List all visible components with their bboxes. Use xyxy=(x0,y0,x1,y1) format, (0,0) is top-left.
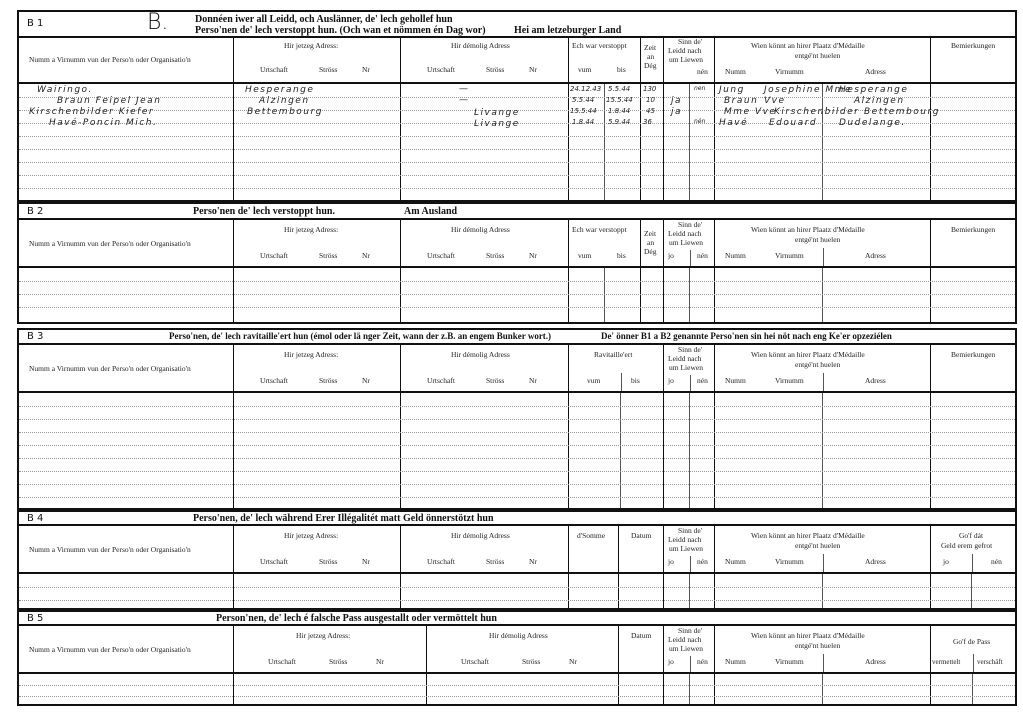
supplied-header: Ravitaille'ert xyxy=(594,351,632,360)
entry-alive-no: nen xyxy=(694,85,705,92)
entry-medal-address: Alzingen xyxy=(854,96,905,106)
current-address-header: Hir jetzeg Adress: xyxy=(284,226,338,235)
locality-header: Urtschaft xyxy=(260,558,288,567)
medal-header: entgé'nt huelen xyxy=(795,642,840,651)
entry-current-locality: Hesperange xyxy=(245,85,314,95)
section-title: Perso'nen, de' lech während Erer Illégal… xyxy=(193,513,494,524)
locality-header: Urtschaft xyxy=(260,66,288,75)
entry-alive-yes: ja xyxy=(671,96,682,106)
section-id: B 4 xyxy=(27,513,43,524)
former-address-header: Hir démolig Adress xyxy=(451,351,510,360)
section-b4: B 4 Perso'nen, de' lech während Erer Ill… xyxy=(17,510,1017,610)
no-header: nén xyxy=(697,68,708,77)
remarks-header: Bemierkungen xyxy=(951,42,995,51)
from-header: vum xyxy=(587,377,600,386)
alive-header: um Liewen xyxy=(669,56,703,65)
number-header: Nr xyxy=(529,66,537,75)
section-b3: B 3 Perso'nen, de' lech ravitaille'ert h… xyxy=(17,328,1017,510)
entry-medal-firstname: Edouard xyxy=(769,118,817,128)
medal-header: entgé'nt huelen xyxy=(795,236,840,245)
medal-header: Wien könnt an hirer Plaatz d'Médaille xyxy=(751,532,865,541)
section-id: B 2 xyxy=(27,206,43,217)
section-location: Am Ausland xyxy=(404,206,457,217)
hidden-header: Ech war verstoppt xyxy=(572,42,627,51)
alive-header: um Liewen xyxy=(669,239,703,248)
yes-header: jo xyxy=(943,558,949,567)
street-header: Ströss xyxy=(522,658,540,667)
entry-medal-address: Dudelange. xyxy=(839,118,906,128)
section-title: Perso'nen, de' lech ravitaille'ert hun (… xyxy=(169,331,551,341)
number-header: Nr xyxy=(529,252,537,261)
yes-header: jo xyxy=(668,658,674,667)
procured-header: verschäft xyxy=(977,658,1003,666)
medal-header: Wien könnt an hirer Plaatz d'Médaille xyxy=(751,226,865,235)
section-location: Hei am letzeburger Land xyxy=(514,25,621,36)
alive-header: um Liewen xyxy=(669,645,703,654)
current-address-header: Hir jetzeg Adress: xyxy=(284,42,338,51)
entry-medal-address: Bettembourg xyxy=(864,107,940,117)
section-b1-title: B 1 B. Donnéen iwer all Leidd, och Auslä… xyxy=(19,12,1015,38)
no-header: nén xyxy=(697,658,708,667)
medal-header: Wien könnt an hirer Plaatz d'Médaille xyxy=(751,632,865,641)
column-headers: Numm a Virnumm vun der Perso'n oder Orga… xyxy=(19,345,1015,393)
address-header: Adress xyxy=(865,658,886,667)
section-id: B 1 xyxy=(27,18,43,29)
section-b2: B 2 Perso'nen de' lech verstoppt hun. Am… xyxy=(17,202,1017,324)
name-header: Numm a Virnumm vun der Perso'n oder Orga… xyxy=(29,56,191,65)
entry-to: 15.5.44 xyxy=(606,96,633,104)
no-header: nén xyxy=(991,558,1002,567)
column-headers: Numm a Virnumm vun der Perso'n oder Orga… xyxy=(19,220,1015,268)
form-letter: B. xyxy=(147,10,168,35)
number-header: Nr xyxy=(529,377,537,386)
entry-rows xyxy=(19,574,1015,608)
pass-header: Go'f de Pass xyxy=(953,638,990,647)
to-header: bis xyxy=(617,252,626,261)
former-address-header: Hir démolig Adress xyxy=(451,42,510,51)
firstname-header: Virnumm xyxy=(775,658,804,667)
street-header: Ströss xyxy=(329,658,347,667)
locality-header: Urtschaft xyxy=(427,377,455,386)
former-address-header: Hir démolig Adress xyxy=(451,532,510,541)
entry-days: 10 xyxy=(646,96,655,104)
number-header: Nr xyxy=(362,377,370,386)
hidden-header: Ech war verstoppt xyxy=(572,226,627,235)
entry-to: 5.5.44 xyxy=(608,85,630,93)
entry-medal-firstname: Kirschenbilder xyxy=(774,107,859,117)
number-header: Nr xyxy=(376,658,384,667)
yes-header: jo xyxy=(668,377,674,386)
entry-from: 24.12.43 xyxy=(570,85,601,93)
locality-header: Urtschaft xyxy=(268,658,296,667)
street-header: Ströss xyxy=(486,66,504,75)
name-header: Numm a Virnumm vun der Perso'n oder Orga… xyxy=(29,240,191,249)
name-header: Numm a Virnumm vun der Perso'n oder Orga… xyxy=(29,365,191,374)
entry-former-locality: Livange xyxy=(474,108,520,118)
number-header: Nr xyxy=(362,252,370,261)
number-header: Nr xyxy=(569,658,577,667)
entry-former-locality: Livange xyxy=(474,119,520,129)
medal-header: Wien könnt an hirer Plaatz d'Médaille xyxy=(751,42,865,51)
column-headers: Numm a Virnumm vun der Perso'n oder Orga… xyxy=(19,526,1015,574)
section-id: B 5 xyxy=(27,613,43,624)
entry-medal-surname: Jung xyxy=(719,85,745,95)
medal-header: Wien könnt an hirer Plaatz d'Médaille xyxy=(751,351,865,360)
entry-alive-no: nén xyxy=(694,118,705,125)
locality-header: Urtschaft xyxy=(260,377,288,386)
firstname-header: Virnumm xyxy=(775,558,804,567)
firstname-header: Virnumm xyxy=(775,252,804,261)
locality-header: Urtschaft xyxy=(427,252,455,261)
no-header: nén xyxy=(697,558,708,567)
alive-header: um Liewen xyxy=(669,364,703,373)
column-headers: Numm a Virnumm vun der Perso'n oder Orga… xyxy=(19,626,1015,674)
sum-header: d'Somme xyxy=(577,532,605,541)
entry-days: 130 xyxy=(643,85,656,93)
column-headers: Numm a Virnumm vun der Perso'n oder Orga… xyxy=(19,38,1015,84)
remarks-header: Bemierkungen xyxy=(951,351,995,360)
section-title: Person'nen, de' lech é falsche Pass ausg… xyxy=(216,613,497,624)
entry-rows xyxy=(19,674,1015,704)
surname-header: Numm xyxy=(725,558,746,567)
locality-header: Urtschaft xyxy=(260,252,288,261)
street-header: Ströss xyxy=(486,558,504,567)
name-header: Numm a Virnumm vun der Perso'n oder Orga… xyxy=(29,646,191,655)
from-header: vum xyxy=(578,66,591,75)
entry-medal-surname: Mme Vve xyxy=(724,107,776,117)
from-header: vum xyxy=(578,252,591,261)
entry-days: 45 xyxy=(646,107,655,115)
section-note: De' önner B1 a B2 genannte Perso'nen sin… xyxy=(601,331,892,341)
address-header: Adress xyxy=(865,68,886,77)
medal-header: entgé'nt huelen xyxy=(795,542,840,551)
current-address-header: Hir jetzeg Adress: xyxy=(296,632,350,641)
number-header: Nr xyxy=(362,66,370,75)
street-header: Ströss xyxy=(319,377,337,386)
section-b5-title: B 5 Person'nen, de' lech é falsche Pass … xyxy=(19,612,1015,626)
street-header: Ströss xyxy=(319,252,337,261)
medal-header: entgé'nt huelen xyxy=(795,361,840,370)
street-header: Ströss xyxy=(486,377,504,386)
current-address-header: Hir jetzeg Adress: xyxy=(284,351,338,360)
entry-former-locality: — xyxy=(459,95,470,105)
days-header: Dég xyxy=(644,62,657,71)
entry-current-locality: Bettembourg xyxy=(247,107,323,117)
medal-header: entgé'nt huelen xyxy=(795,52,840,61)
no-header: nén xyxy=(697,377,708,386)
entry-rows xyxy=(19,268,1015,322)
street-header: Ströss xyxy=(319,66,337,75)
entry-rows: Wairingo. Braun Feipel Jean Kirschenbild… xyxy=(19,84,1015,200)
money-reclaimed-header: Go'f dát xyxy=(959,532,983,541)
alive-header: um Liewen xyxy=(669,545,703,554)
street-header: Ströss xyxy=(319,558,337,567)
entry-rows xyxy=(19,393,1015,508)
section-b2-title: B 2 Perso'nen de' lech verstoppt hun. Am… xyxy=(19,204,1015,220)
section-b1: B 1 B. Donnéen iwer all Leidd, och Auslä… xyxy=(17,10,1017,202)
entry-medal-surname: Havé xyxy=(719,118,748,128)
entry-days: 36 xyxy=(643,118,652,126)
money-reclaimed-header: Geld erem gefrot xyxy=(941,542,992,551)
address-header: Adress xyxy=(865,252,886,261)
entry-medal-surname: Braun xyxy=(724,96,758,106)
mediated-header: vermettelt xyxy=(932,658,960,666)
yes-header: jo xyxy=(668,252,674,261)
entry-former-locality: — xyxy=(459,84,470,94)
entry-medal-address: Hesperange xyxy=(839,85,908,95)
entry-name: Braun Feipel Jean xyxy=(57,96,161,106)
entry-from: 5.5.44 xyxy=(572,96,594,104)
entry-current-locality: Alzingen xyxy=(259,96,310,106)
number-header: Nr xyxy=(529,558,537,567)
name-header: Numm a Virnumm vun der Perso'n oder Orga… xyxy=(29,546,191,555)
locality-header: Urtschaft xyxy=(427,66,455,75)
locality-header: Urtschaft xyxy=(461,658,489,667)
surname-header: Numm xyxy=(725,68,746,77)
section-b4-title: B 4 Perso'nen, de' lech während Erer Ill… xyxy=(19,512,1015,526)
section-title-line1: Donnéen iwer all Leidd, och Auslänner, d… xyxy=(195,14,453,25)
date-header: Datum xyxy=(631,532,651,541)
firstname-header: Virnumm xyxy=(775,377,804,386)
to-header: bis xyxy=(617,66,626,75)
number-header: Nr xyxy=(362,558,370,567)
locality-header: Urtschaft xyxy=(427,558,455,567)
surname-header: Numm xyxy=(725,658,746,667)
entry-to: 1.8.44 xyxy=(608,107,630,115)
entry-alive-yes: ja xyxy=(671,107,682,117)
entry-name: Kirschenbilder Kiefer xyxy=(29,107,154,117)
yes-header: jo xyxy=(668,558,674,567)
entry-from: 15.5.44 xyxy=(570,107,597,115)
entry-medal-firstname: Vve xyxy=(764,96,786,106)
entry-to: 5.9.44 xyxy=(608,118,630,126)
section-b3-title: B 3 Perso'nen, de' lech ravitaille'ert h… xyxy=(19,330,1015,345)
entry-name: Havé-Poncin Mich. xyxy=(49,118,157,128)
date-header: Datum xyxy=(631,632,651,641)
section-id: B 3 xyxy=(27,331,43,342)
no-header: nén xyxy=(697,252,708,261)
section-title-line2: Perso'nen de' lech verstoppt hun. (Och w… xyxy=(195,25,486,36)
entry-from: 1.8.44 xyxy=(572,118,594,126)
firstname-header: Virnumm xyxy=(775,68,804,77)
days-header: Dég xyxy=(644,248,657,257)
street-header: Ströss xyxy=(486,252,504,261)
entry-name: Wairingo. xyxy=(37,85,93,95)
surname-header: Numm xyxy=(725,252,746,261)
to-header: bis xyxy=(631,377,640,386)
remarks-header: Bemierkungen xyxy=(951,226,995,235)
former-address-header: Hir démolig Adress xyxy=(451,226,510,235)
address-header: Adress xyxy=(865,377,886,386)
section-b5: B 5 Person'nen, de' lech é falsche Pass … xyxy=(17,610,1017,706)
surname-header: Numm xyxy=(725,377,746,386)
former-address-header: Hir démolig Adress xyxy=(489,632,548,641)
current-address-header: Hir jetzeg Adress: xyxy=(284,532,338,541)
section-title: Perso'nen de' lech verstoppt hun. xyxy=(193,206,335,217)
address-header: Adress xyxy=(865,558,886,567)
